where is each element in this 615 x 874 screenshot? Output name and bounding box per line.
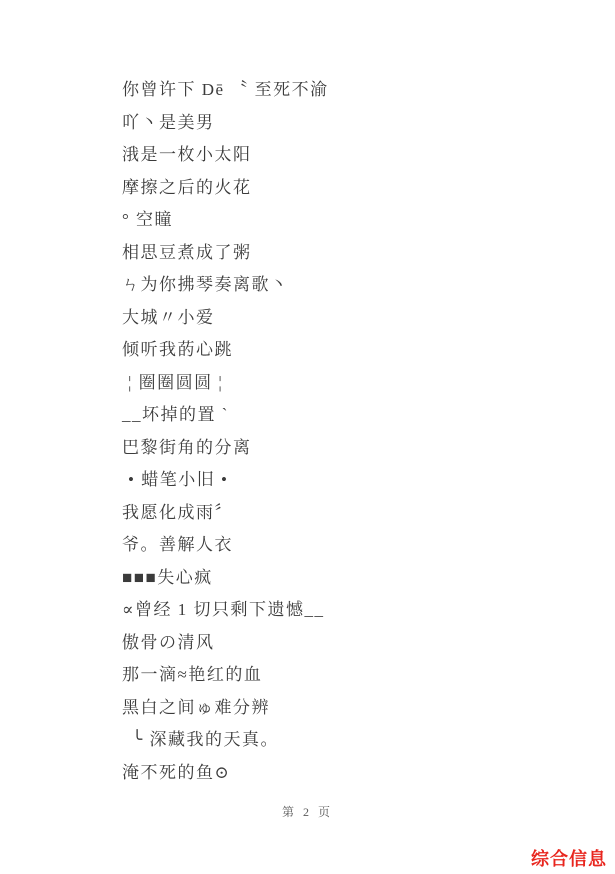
nickname-list: 你曾许下 Dē 〝 至死不渝 吖丶是美男 涐是一枚小太阳 摩擦之后的火花 ° 空… — [122, 74, 575, 789]
nickname-line: 那一滴≈艳红的血 — [122, 659, 575, 692]
nickname-line: ∝曾经 1 切只剩下遗憾__ — [122, 594, 575, 627]
nickname-line: • 蜡笔小旧 • — [122, 464, 575, 497]
nickname-line: 摩擦之后的火花 — [122, 172, 575, 205]
page-number: 第 2 页 — [0, 803, 615, 820]
nickname-line: 淹不死的鱼⊙ — [122, 757, 575, 790]
nickname-line: 你曾许下 Dē 〝 至死不渝 — [122, 74, 575, 107]
nickname-line: __坏掉的置 ˋ — [122, 399, 575, 432]
nickname-line: 大城〃小爱 — [122, 302, 575, 335]
nickname-line: 倾听我菂心跳 — [122, 334, 575, 367]
nickname-line: 相思豆煮成了粥 — [122, 237, 575, 270]
nickname-line: 吖丶是美男 — [122, 107, 575, 140]
nickname-line: 爷。善解人衣 — [122, 529, 575, 562]
nickname-line: ㄣ为你拂琴奏离歌丶 — [122, 269, 575, 302]
nickname-line: 涐是一枚小太阳 — [122, 139, 575, 172]
nickname-line: 黑白之间ゅ难分辨 — [122, 692, 575, 725]
nickname-line: ■■■失心疯 — [122, 562, 575, 595]
watermark-text: 综合信息 — [531, 845, 607, 871]
nickname-line: ° 空瞳 — [122, 204, 575, 237]
nickname-line: ╰ 深藏我的天真。 — [122, 724, 575, 757]
document-page: 你曾许下 Dē 〝 至死不渝 吖丶是美男 涐是一枚小太阳 摩擦之后的火花 ° 空… — [0, 0, 615, 874]
nickname-line: ¦ 圈圈圆圆 ¦ — [122, 367, 575, 400]
nickname-line: 我愿化成雨〞 — [122, 497, 575, 530]
nickname-line: 巴黎街角的分离 — [122, 432, 575, 465]
nickname-line: 傲骨の清风 — [122, 627, 575, 660]
